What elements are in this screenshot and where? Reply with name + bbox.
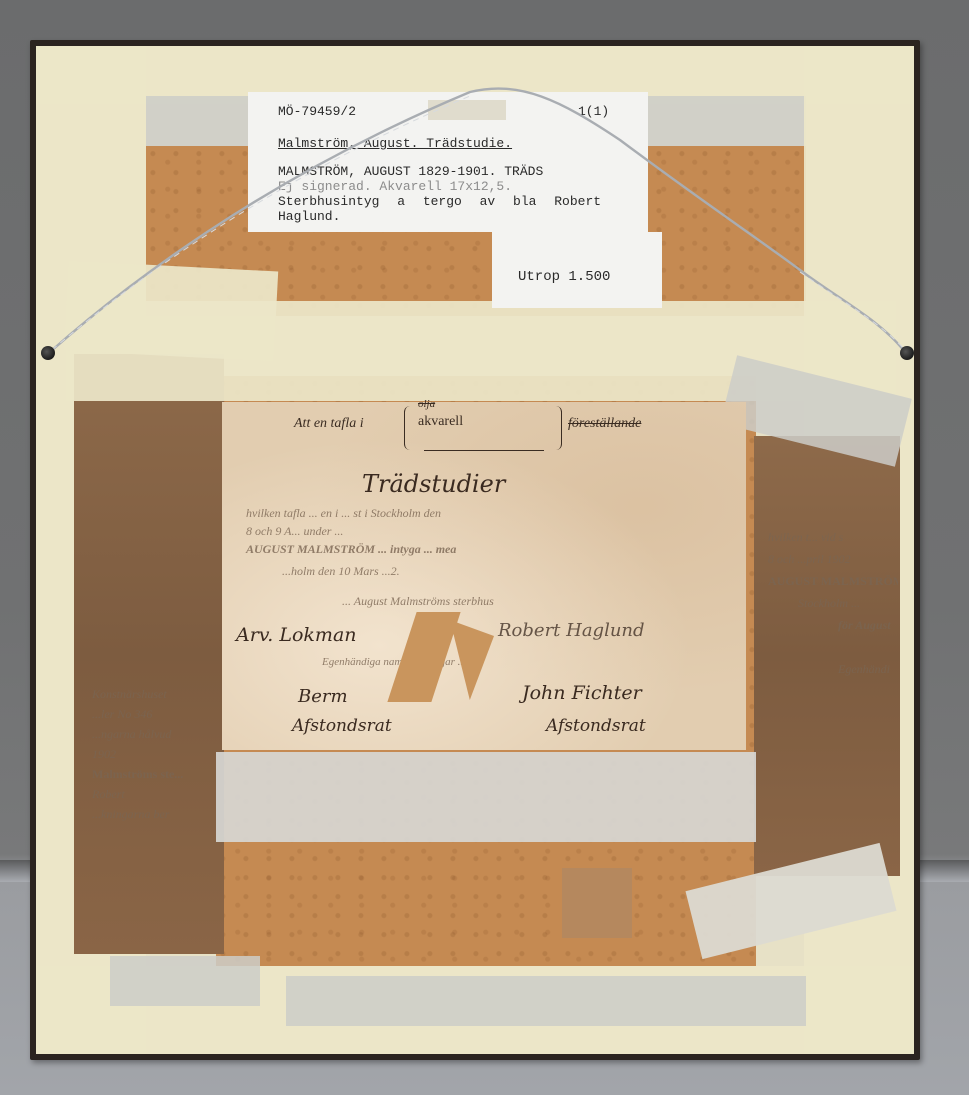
left-strip-line: ...ler No 346: [92, 704, 222, 724]
right-strip-line: AUGUST MALMSTRÖM: [768, 570, 898, 592]
cork-patch: [562, 868, 632, 938]
left-strip-line: Robert: [92, 784, 222, 804]
left-strip-line: ...ngarna hålvud: [92, 724, 222, 744]
handwritten-title: Trädstudier: [362, 470, 505, 498]
right-screw-eye: [900, 346, 914, 360]
signature: Berm: [298, 686, 348, 707]
signature: Arv. Lokman: [236, 624, 357, 646]
tape-lower-band: [216, 752, 756, 842]
estate-certificate: Att en tafla i olja akvarell föreställan…: [222, 402, 746, 750]
label-line: Sterbhusintyg a tergo av bla Robert: [278, 194, 601, 209]
certificate-line: ...holm den 10 Mars ...2.: [282, 564, 400, 579]
left-kraft-strip: Konstnärshuset ...ler No 346 ...ngarna h…: [74, 354, 224, 954]
witness-role: Afstondsrat: [292, 716, 392, 736]
left-strip-line: Konstnärshuset: [92, 684, 222, 704]
tape-bottom-left-grey: [110, 956, 260, 1006]
certificate-line: ... August Malmströms sterbhus: [342, 594, 494, 609]
tape-bottom-grey: [286, 976, 806, 1026]
struck-representing: föreställande: [568, 416, 641, 432]
label-line: Haglund.: [278, 209, 340, 224]
item-count: 1(1): [578, 104, 609, 119]
right-strip-line: för August: [768, 614, 898, 636]
certificate-line: AUGUST MALMSTRÖM ... intyga ... mea: [246, 542, 456, 557]
right-strip-line: hvilken t... vid s: [768, 526, 898, 548]
right-strip-line: 8 och ...pril 1902: [768, 548, 898, 570]
left-strip-line: ...kningarna ber: [92, 804, 222, 824]
tape-flap-left: [64, 261, 278, 362]
auction-label: MÖ-79459/2 Aukt M3 1(1) Malmström, Augus…: [248, 92, 648, 232]
label-title: Malmström, August. Trädstudie.: [278, 136, 512, 151]
signature: Robert Haglund: [498, 620, 645, 641]
signature: John Fichter: [522, 682, 642, 704]
left-strip-line: Malmströms ste...: [92, 764, 222, 784]
left-strip-line: 1902: [92, 744, 222, 764]
lot-id: MÖ-79459/2: [278, 104, 356, 119]
certificate-medium: akvarell: [418, 414, 463, 430]
certificate-line: hvilken tafla ... en i ... st i Stockhol…: [246, 506, 716, 521]
left-screw-eye: [41, 346, 55, 360]
label-line: Ej signerad. Akvarell 17x12,5.: [278, 179, 512, 194]
right-kraft-strip: hvilken t... vid s 8 och ...pril 1902 AU…: [754, 436, 900, 876]
certificate-line: 8 och 9 A... under ...: [246, 524, 343, 539]
struck-word: olja: [418, 398, 435, 410]
auction-label-tab: Utrop 1.500: [492, 232, 662, 308]
estimate-price: Utrop 1.500: [518, 270, 610, 285]
certificate-intro: Att en tafla i: [294, 416, 364, 432]
witness-role: Afstondsrat: [546, 716, 646, 736]
right-strip-line: Egenhändi: [768, 658, 898, 680]
label-line: MALMSTRÖM, AUGUST 1829-1901. TRÄDS: [278, 164, 543, 179]
right-strip-line: Stockholm ...: [768, 592, 898, 614]
backing-board: Konstnärshuset ...ler No 346 ...ngarna h…: [36, 46, 914, 1054]
